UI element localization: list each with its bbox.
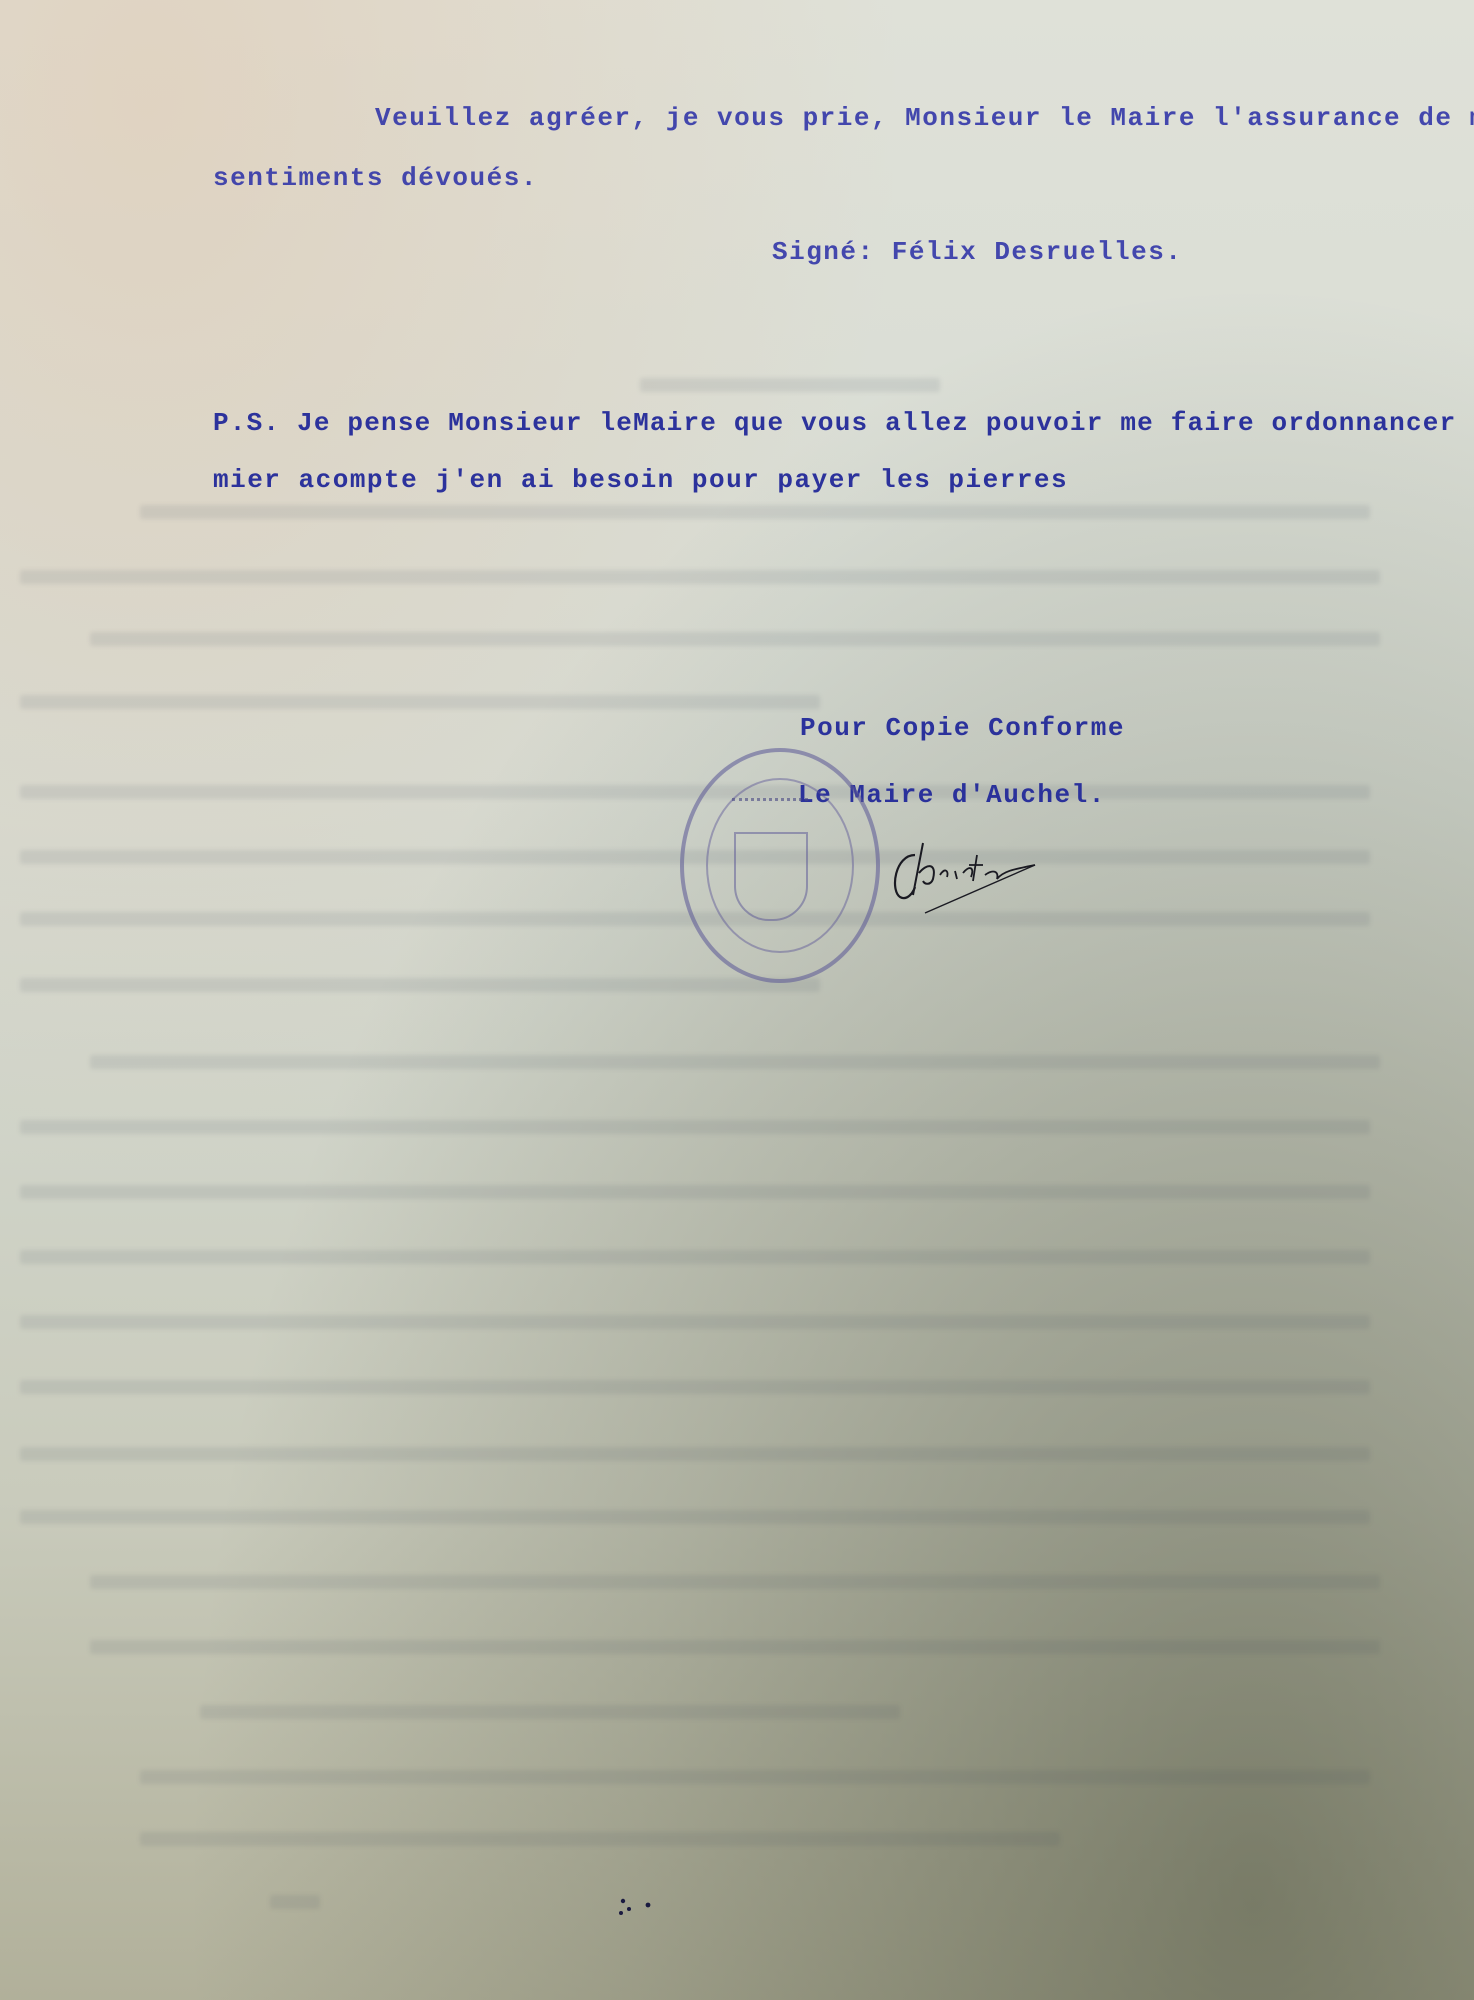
letter-page: Veuillez agréer, je vous prie, Monsieur … [0, 0, 1474, 2000]
certification-line-1: Pour Copie Conforme [800, 713, 1125, 743]
handwritten-signature [885, 835, 1045, 915]
coat-of-arms-icon [734, 832, 808, 921]
signed-line: Signé: Félix Desruelles. [772, 237, 1182, 267]
crown-icon [732, 798, 808, 831]
ink-specks [615, 1895, 655, 1925]
closing-line-1: Veuillez agréer, je vous prie, Monsieur … [375, 103, 1474, 133]
mairie-seal-stamp [680, 748, 880, 983]
closing-line-2: sentiments dévoués. [213, 163, 538, 193]
postscript-line-1: P.S. Je pense Monsieur leMaire que vous … [213, 408, 1474, 438]
postscript-line-2: mier acompte j'en ai besoin pour payer l… [213, 465, 1068, 495]
